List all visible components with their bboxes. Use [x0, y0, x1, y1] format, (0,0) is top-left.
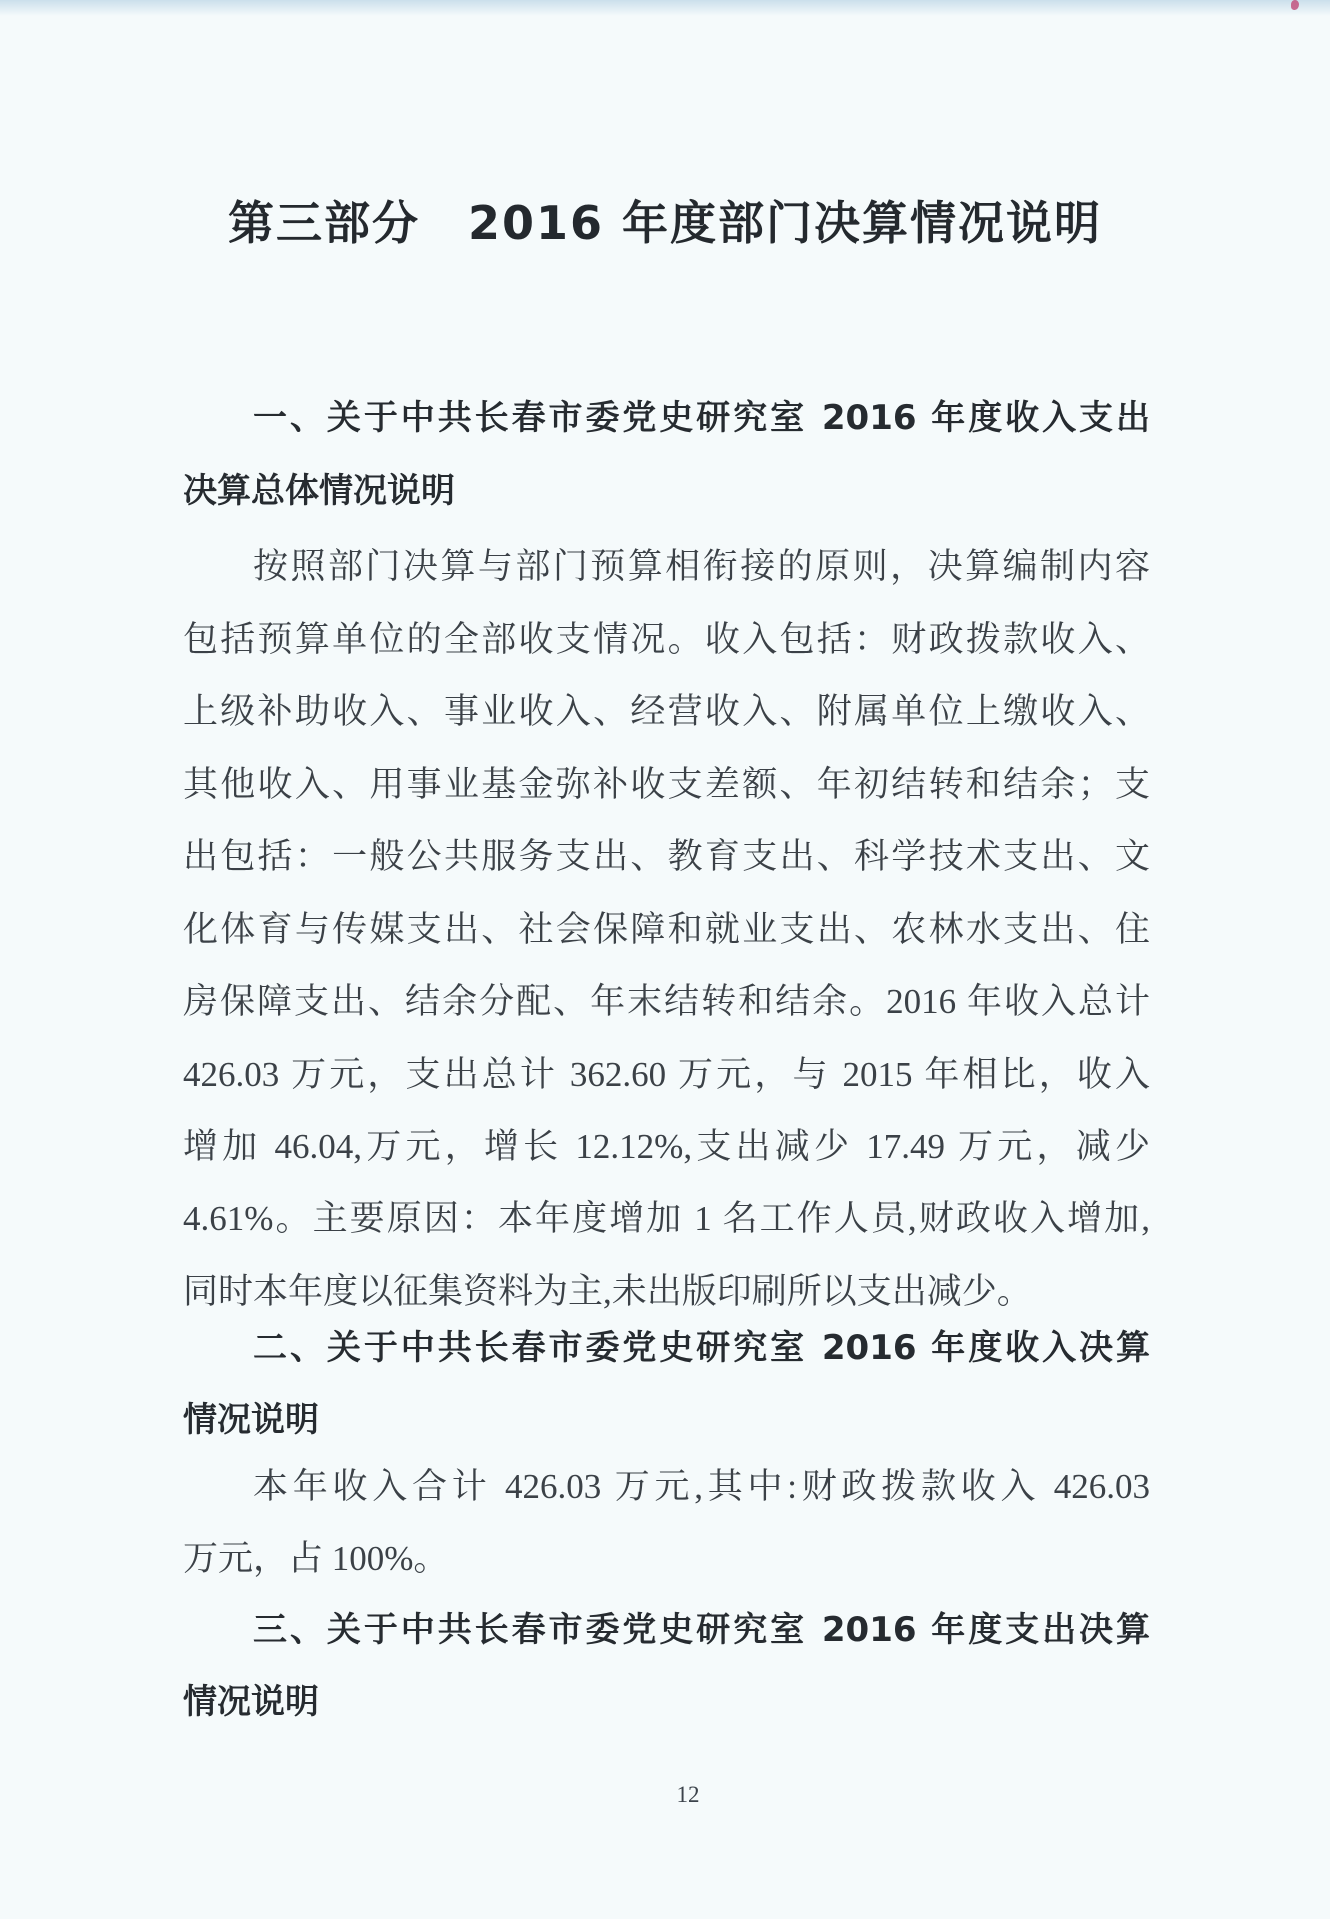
paragraph-line: 出包括：一般公共服务支出、教育支出、科学技术支出、文: [183, 836, 1150, 919]
section-2-heading-line-1: 二、关于中共长春市委党史研究室 2016 年度收入决算: [183, 1328, 1150, 1408]
section-2-heading-line-2: 情况说明: [183, 1400, 1150, 1440]
paragraph-line: 4.61%。主要原因：本年度增加 1 名工作人员,财政收入增加,: [183, 1198, 1150, 1281]
paragraph-line: 化体育与传媒支出、社会保障和就业支出、农林水支出、住: [183, 909, 1150, 992]
paragraph-line: 房保障支出、结余分配、年末结转和结余。2016 年收入总计: [183, 981, 1150, 1064]
paragraph-line: 其他收入、用事业基金弥补收支差额、年初结转和结余；支: [183, 764, 1150, 847]
paragraph-line: 按照部门决算与部门预算相衔接的原则，决算编制内容: [183, 546, 1150, 629]
paragraph-line: 包括预算单位的全部收支情况。收入包括：财政拨款收入、: [183, 619, 1150, 702]
paragraph-line: 426.03 万元，支出总计 362.60 万元，与 2015 年相比，收入: [183, 1054, 1150, 1137]
scan-artifact-speck: [1291, 0, 1299, 10]
document-page: 第三部分 2016 年度部门决算情况说明 一、关于中共长春市委党史研究室 201…: [0, 0, 1330, 1919]
section-3-heading-line-2: 情况说明: [183, 1682, 1150, 1722]
paragraph-line: 上级补助收入、事业收入、经营收入、附属单位上缴收入、: [183, 691, 1150, 774]
paragraph-line: 本年收入合计 426.03 万元,其中:财政拨款收入 426.03: [183, 1466, 1150, 1549]
section-3-heading-line-1: 三、关于中共长春市委党史研究室 2016 年度支出决算: [183, 1610, 1150, 1690]
paragraph-line: 增加 46.04,万元，增长 12.12%,支出减少 17.49 万元，减少: [183, 1126, 1150, 1209]
section-1-heading-line-1: 一、关于中共长春市委党史研究室 2016 年度收入支出: [183, 398, 1150, 478]
section-1-heading-line-2: 决算总体情况说明: [183, 471, 1150, 511]
paragraph-line: 同时本年度以征集资料为主,未出版印刷所以支出减少。: [183, 1271, 1150, 1312]
page-number: 12: [0, 1782, 1330, 1808]
paragraph-line: 万元，占 100%。: [183, 1538, 1150, 1579]
document-title: 第三部分 2016 年度部门决算情况说明: [0, 196, 1330, 251]
